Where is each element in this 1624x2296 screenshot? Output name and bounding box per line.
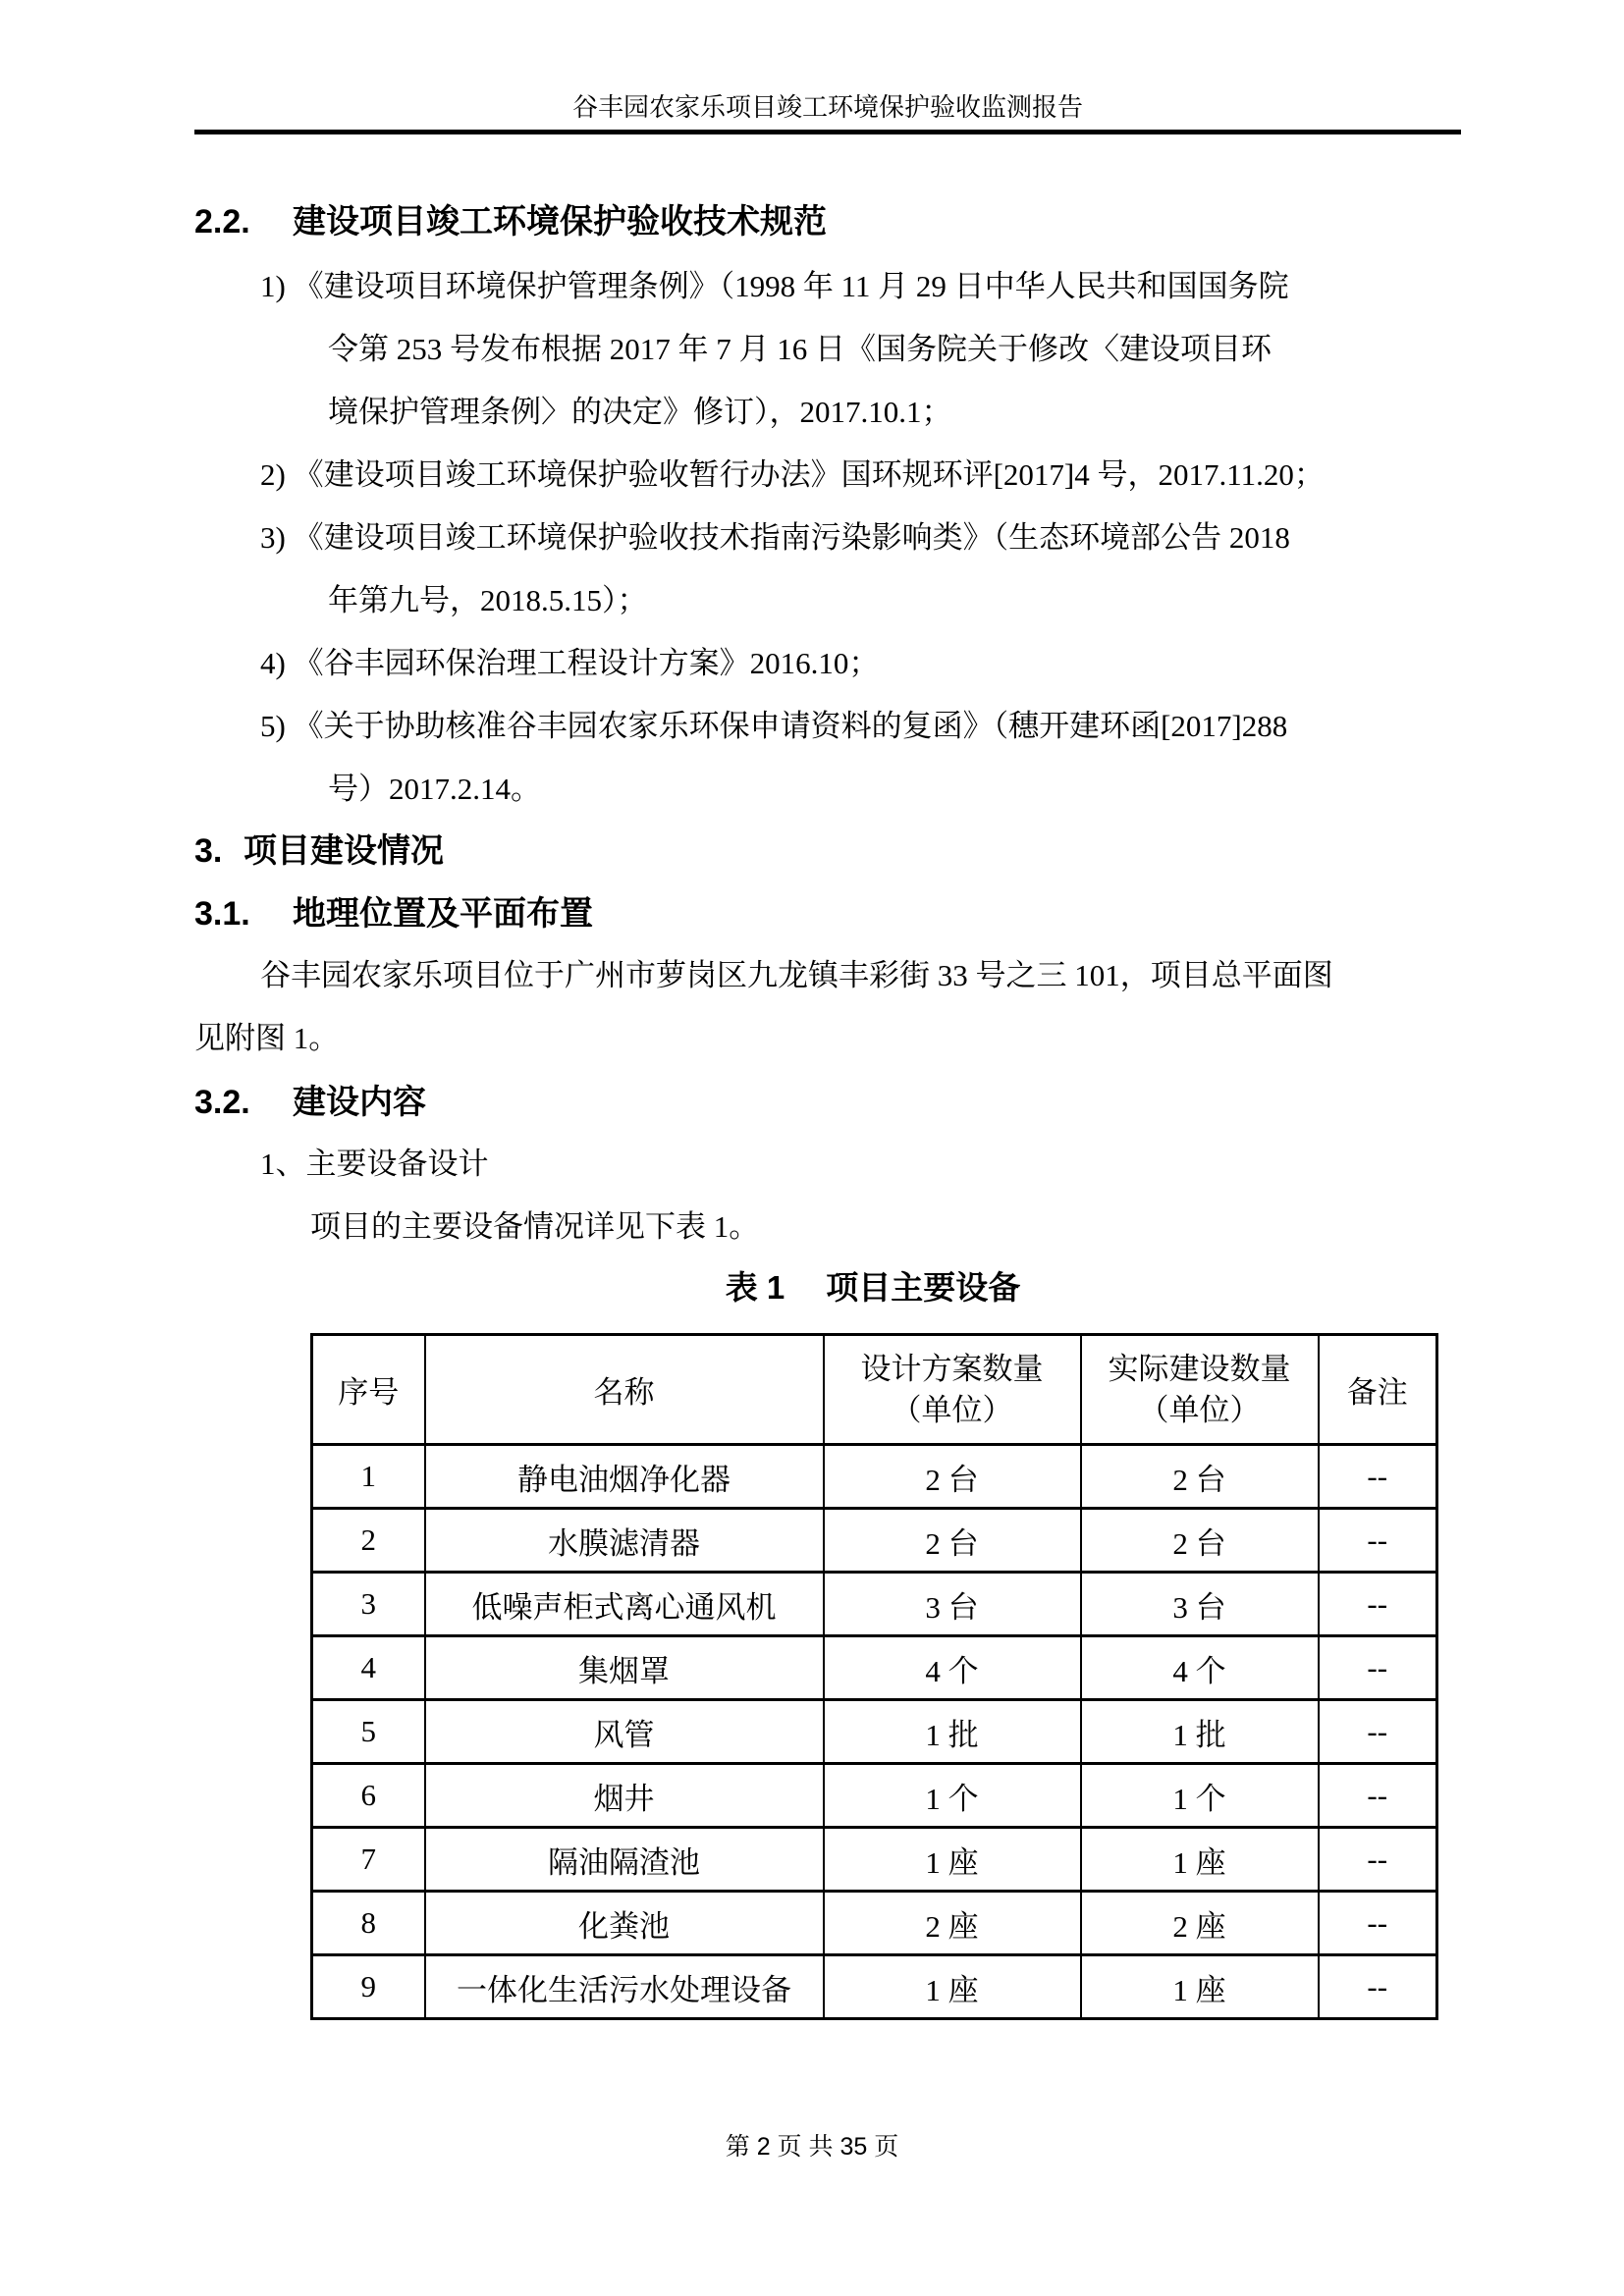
cell-remark: --	[1319, 1509, 1437, 1573]
table-row: 8 化粪池 2 座 2 座 --	[312, 1892, 1437, 1955]
table-row: 6 烟井 1 个 1 个 --	[312, 1764, 1437, 1828]
cell-design-qty: 2 座	[824, 1892, 1081, 1955]
col-header-no: 序号	[312, 1335, 425, 1445]
cell-actual-qty: 1 批	[1081, 1700, 1319, 1764]
cell-no: 6	[312, 1764, 425, 1828]
cell-actual-qty: 1 个	[1081, 1764, 1319, 1828]
section-3-2-title: 建设内容	[293, 1084, 426, 1121]
col-header-design-qty: 设计方案数量 （单位）	[824, 1335, 1081, 1445]
cell-name: 一体化生活污水处理设备	[425, 1955, 824, 2019]
cell-no: 5	[312, 1700, 425, 1764]
cell-name: 水膜滤清器	[425, 1509, 824, 1573]
ref-item-4-line-1: 4) 《谷丰园环保治理工程设计方案》2016.10；	[260, 644, 879, 683]
cell-no: 7	[312, 1828, 425, 1892]
header-divider	[194, 130, 1461, 134]
cell-design-qty: 3 台	[824, 1573, 1081, 1636]
cell-no: 8	[312, 1892, 425, 1955]
subsection-1-label: 1、主要设备设计	[260, 1145, 489, 1184]
cell-name: 风管	[425, 1700, 824, 1764]
cell-actual-qty: 2 台	[1081, 1509, 1319, 1573]
section-3-1-heading: 3.1.地理位置及平面布置	[194, 893, 593, 934]
page-footer: 第 2 页 共 35 页	[0, 2132, 1624, 2162]
table-row: 3 低噪声柜式离心通风机 3 台 3 台 --	[312, 1573, 1437, 1636]
cell-no: 2	[312, 1509, 425, 1573]
cell-remark: --	[1319, 1764, 1437, 1828]
cell-actual-qty: 3 台	[1081, 1573, 1319, 1636]
cell-actual-qty: 1 座	[1081, 1828, 1319, 1892]
cell-no: 1	[312, 1445, 425, 1509]
table-1-title-label: 表 1	[726, 1269, 785, 1306]
page-header-title: 谷丰园农家乐项目竣工环境保护验收监测报告	[194, 92, 1461, 124]
table-row: 2 水膜滤清器 2 台 2 台 --	[312, 1509, 1437, 1573]
table-1-main-equipment: 序号 名称 设计方案数量 （单位） 实际建设数量 （单位） 备注 1 静电油烟净…	[310, 1333, 1438, 2020]
location-paragraph-line-1: 谷丰园农家乐项目位于广州市萝岗区九龙镇丰彩街 33 号之三 101，项目总平面图	[260, 956, 1333, 995]
cell-remark: --	[1319, 1892, 1437, 1955]
cell-actual-qty: 1 座	[1081, 1955, 1319, 2019]
cell-remark: --	[1319, 1955, 1437, 2019]
document-page: 谷丰园农家乐项目竣工环境保护验收监测报告 2.2.建设项目竣工环境保护验收技术规…	[0, 0, 1624, 2296]
cell-design-qty: 2 台	[824, 1445, 1081, 1509]
col-header-remark: 备注	[1319, 1335, 1437, 1445]
table-row: 7 隔油隔渣池 1 座 1 座 --	[312, 1828, 1437, 1892]
cell-remark: --	[1319, 1700, 1437, 1764]
ref-item-5-line-1: 5) 《关于协助核准谷丰园农家乐环保申请资料的复函》（穗开建环函[2017]28…	[260, 707, 1287, 746]
col-header-actual-qty: 实际建设数量 （单位）	[1081, 1335, 1319, 1445]
cell-no: 4	[312, 1636, 425, 1700]
table-1-title: 表 1项目主要设备	[310, 1268, 1435, 1308]
cell-name: 静电油烟净化器	[425, 1445, 824, 1509]
cell-actual-qty: 4 个	[1081, 1636, 1319, 1700]
cell-remark: --	[1319, 1636, 1437, 1700]
cell-name: 烟井	[425, 1764, 824, 1828]
section-2-2-number: 2.2.	[194, 201, 293, 242]
section-3-heading: 3.项目建设情况	[194, 830, 444, 872]
table-1-title-text: 项目主要设备	[826, 1269, 1020, 1306]
col-header-name: 名称	[425, 1335, 824, 1445]
table-row: 4 集烟罩 4 个 4 个 --	[312, 1636, 1437, 1700]
cell-remark: --	[1319, 1445, 1437, 1509]
cell-design-qty: 4 个	[824, 1636, 1081, 1700]
cell-name: 低噪声柜式离心通风机	[425, 1573, 824, 1636]
cell-actual-qty: 2 台	[1081, 1445, 1319, 1509]
ref-item-2-line-1: 2) 《建设项目竣工环境保护验收暂行办法》国环规环评[2017]4 号，2017…	[260, 455, 1325, 495]
ref-item-5-line-2: 号）2017.2.14。	[328, 770, 541, 809]
cell-remark: --	[1319, 1828, 1437, 1892]
cell-name: 隔油隔渣池	[425, 1828, 824, 1892]
section-3-number: 3.	[194, 830, 244, 872]
section-3-1-title: 地理位置及平面布置	[293, 895, 593, 933]
cell-design-qty: 1 座	[824, 1955, 1081, 2019]
ref-item-1-line-3: 境保护管理条例〉的决定》修订），2017.10.1；	[328, 393, 952, 432]
section-3-2-number: 3.2.	[194, 1082, 293, 1123]
ref-item-3-line-1: 3) 《建设项目竣工环境保护验收技术指南污染影响类》（生态环境部公告 2018	[260, 518, 1290, 558]
cell-design-qty: 1 个	[824, 1764, 1081, 1828]
cell-remark: --	[1319, 1573, 1437, 1636]
cell-design-qty: 1 座	[824, 1828, 1081, 1892]
cell-name: 集烟罩	[425, 1636, 824, 1700]
subsection-1-paragraph: 项目的主要设备情况详见下表 1。	[310, 1207, 759, 1247]
ref-item-1-line-1: 1) 《建设项目环境保护管理条例》（1998 年 11 月 29 日中华人民共和…	[260, 267, 1289, 306]
ref-item-1-line-2: 令第 253 号发布根据 2017 年 7 月 16 日《国务院关于修改〈建设项…	[328, 330, 1272, 369]
cell-no: 3	[312, 1573, 425, 1636]
table-row: 9 一体化生活污水处理设备 1 座 1 座 --	[312, 1955, 1437, 2019]
cell-design-qty: 2 台	[824, 1509, 1081, 1573]
section-2-2-heading: 2.2.建设项目竣工环境保护验收技术规范	[194, 201, 827, 242]
location-paragraph-line-2: 见附图 1。	[194, 1019, 339, 1058]
cell-design-qty: 1 批	[824, 1700, 1081, 1764]
table-row: 5 风管 1 批 1 批 --	[312, 1700, 1437, 1764]
ref-item-3-line-2: 年第九号，2018.5.15）；	[328, 581, 648, 620]
section-3-title: 项目建设情况	[244, 832, 444, 870]
table-header-row: 序号 名称 设计方案数量 （单位） 实际建设数量 （单位） 备注	[312, 1335, 1437, 1445]
cell-no: 9	[312, 1955, 425, 2019]
cell-actual-qty: 2 座	[1081, 1892, 1319, 1955]
cell-name: 化粪池	[425, 1892, 824, 1955]
section-3-2-heading: 3.2.建设内容	[194, 1082, 426, 1123]
section-3-1-number: 3.1.	[194, 893, 293, 934]
section-2-2-title: 建设项目竣工环境保护验收技术规范	[293, 203, 827, 240]
table-row: 1 静电油烟净化器 2 台 2 台 --	[312, 1445, 1437, 1509]
